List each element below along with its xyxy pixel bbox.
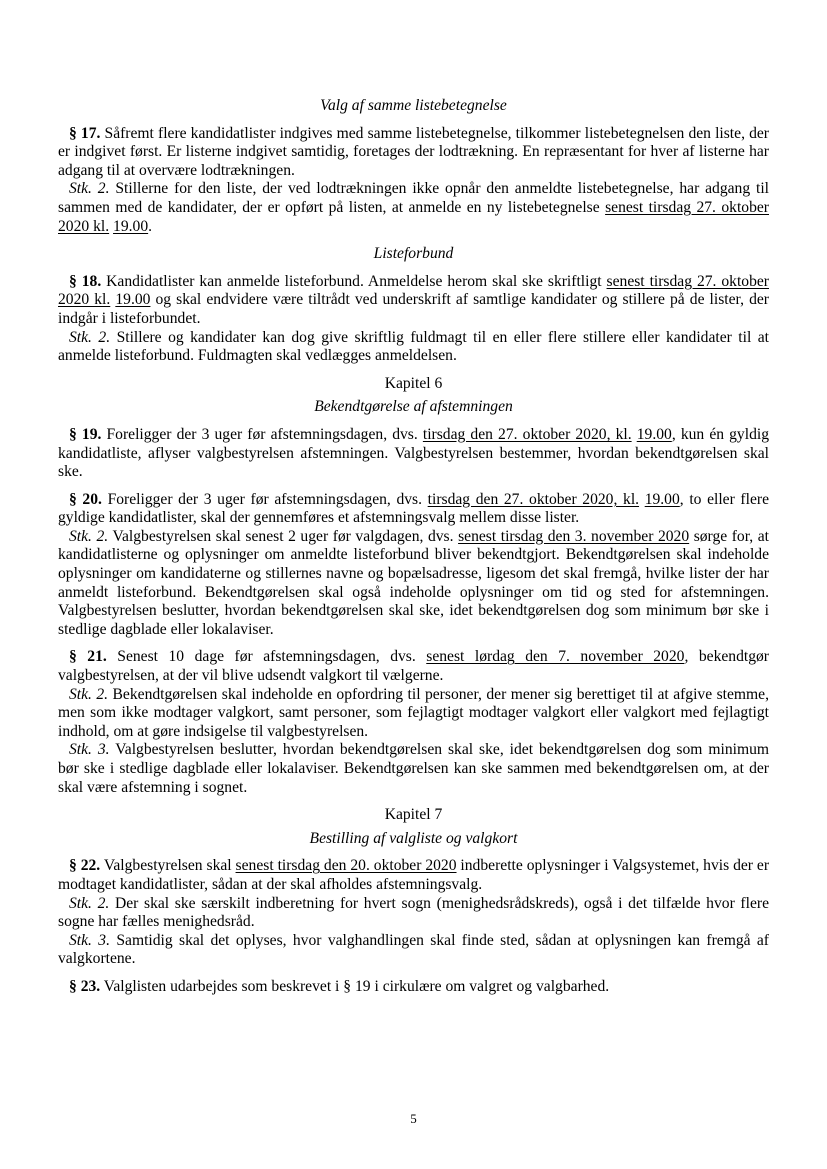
paragraph: § 22. Valgbestyrelsen skal senest tirsda… [58,857,769,894]
paragraph: § 19. Foreligger der 3 uger før afstemni… [58,426,769,482]
underlined-deadline: 19.00 [115,291,150,308]
stk-subsection: Stk. 2. Valgbestyrelsen skal senest 2 ug… [58,528,769,640]
text-run: Senest 10 dage før afstemningsdagen, dvs… [107,648,426,665]
stk-subsection: Stk. 2. Stillere og kandidater kan dog g… [58,329,769,366]
paragraph-number: § 21. [69,648,107,665]
text-run: Bekendtgørelsen skal indeholde en opford… [58,686,769,740]
section-heading: Bekendtgørelse af afstemningen [58,398,769,417]
paragraph-number: § 17. [69,125,100,142]
paragraph-block: § 22. Valgbestyrelsen skal senest tirsda… [58,857,769,969]
underlined-deadline: 19.00 [645,491,680,508]
text-run: Foreligger der 3 uger før afstemningsdag… [102,491,428,508]
underlined-deadline: senest tirsdag den 20. oktober 2020 [236,857,457,874]
paragraph-number: § 23. [69,978,100,995]
stk-label: Stk. 2. [69,686,108,703]
paragraph-number: § 18. [69,273,101,290]
paragraph-block: § 18. Kandidatlister kan anmelde listefo… [58,273,769,366]
text-run: og skal endvidere være tiltrådt ved unde… [58,291,769,327]
text-run: Såfremt flere kandidatlister indgives me… [58,125,769,179]
underlined-deadline: senest tirsdag den 3. november 2020 [458,528,689,545]
stk-label: Stk. 2. [69,895,109,912]
text-run: Der skal ske særskilt indberetning for h… [58,895,769,931]
section-heading: Valg af samme listebetegnelse [58,97,769,116]
underlined-deadline: 19.00 [637,426,672,443]
underlined-deadline: senest lørdag den 7. november 2020 [426,648,684,665]
stk-label: Stk. 2. [69,180,110,197]
paragraph-number: § 19. [69,426,101,443]
stk-subsection: Stk. 2. Stillerne for den liste, der ved… [58,180,769,236]
document-page: Valg af samme listebetegnelse§ 17. Såfre… [58,97,769,1006]
paragraph: § 18. Kandidatlister kan anmelde listefo… [58,273,769,329]
stk-subsection: Stk. 3. Valgbestyrelsen beslutter, hvord… [58,741,769,797]
text-run: . [148,218,152,235]
paragraph-block: § 21. Senest 10 dage før afstemningsdage… [58,648,769,797]
section-heading: Listeforbund [58,245,769,264]
paragraph: § 20. Foreligger der 3 uger før afstemni… [58,491,769,528]
chapter-heading: Kapitel 6 [58,375,769,394]
section-heading: Bestilling af valgliste og valgkort [58,830,769,849]
stk-label: Stk. 2. [69,528,108,545]
stk-label: Stk. 3. [69,932,110,949]
paragraph: § 23. Valglisten udarbejdes som beskreve… [58,978,769,997]
underlined-deadline: tirsdag den 27. oktober 2020, kl. [423,426,632,443]
chapter-heading: Kapitel 7 [58,806,769,825]
stk-label: Stk. 3. [69,741,110,758]
stk-subsection: Stk. 2. Bekendtgørelsen skal indeholde e… [58,686,769,742]
text-run: Valgbestyrelsen skal senest 2 uger før v… [108,528,458,545]
page-number: 5 [0,1110,827,1129]
text-run: Valgbestyrelsen beslutter, hvordan beken… [58,741,769,795]
stk-label: Stk. 2. [69,329,110,346]
paragraph-number: § 22. [69,857,100,874]
text-run: Valglisten udarbejdes som beskrevet i § … [100,978,609,995]
paragraph-block: § 20. Foreligger der 3 uger før afstemni… [58,491,769,640]
stk-subsection: Stk. 3. Samtidig skal det oplyses, hvor … [58,932,769,969]
paragraph-block: § 17. Såfremt flere kandidatlister indgi… [58,125,769,237]
paragraph: § 17. Såfremt flere kandidatlister indgi… [58,125,769,181]
text-run: Valgbestyrelsen skal [100,857,235,874]
text-run: Samtidig skal det oplyses, hvor valghand… [58,932,769,968]
paragraph-block: § 23. Valglisten udarbejdes som beskreve… [58,978,769,997]
paragraph-block: § 19. Foreligger der 3 uger før afstemni… [58,426,769,482]
underlined-deadline: tirsdag den 27. oktober 2020, kl. [428,491,639,508]
text-run: Foreligger der 3 uger før afstemningsdag… [101,426,422,443]
text-run: Stillere og kandidater kan dog give skri… [58,329,769,365]
underlined-deadline: 19.00 [113,218,148,235]
stk-subsection: Stk. 2. Der skal ske særskilt indberetni… [58,895,769,932]
paragraph-number: § 20. [69,491,102,508]
text-run: Kandidatlister kan anmelde listeforbund.… [101,273,606,290]
paragraph: § 21. Senest 10 dage før afstemningsdage… [58,648,769,685]
